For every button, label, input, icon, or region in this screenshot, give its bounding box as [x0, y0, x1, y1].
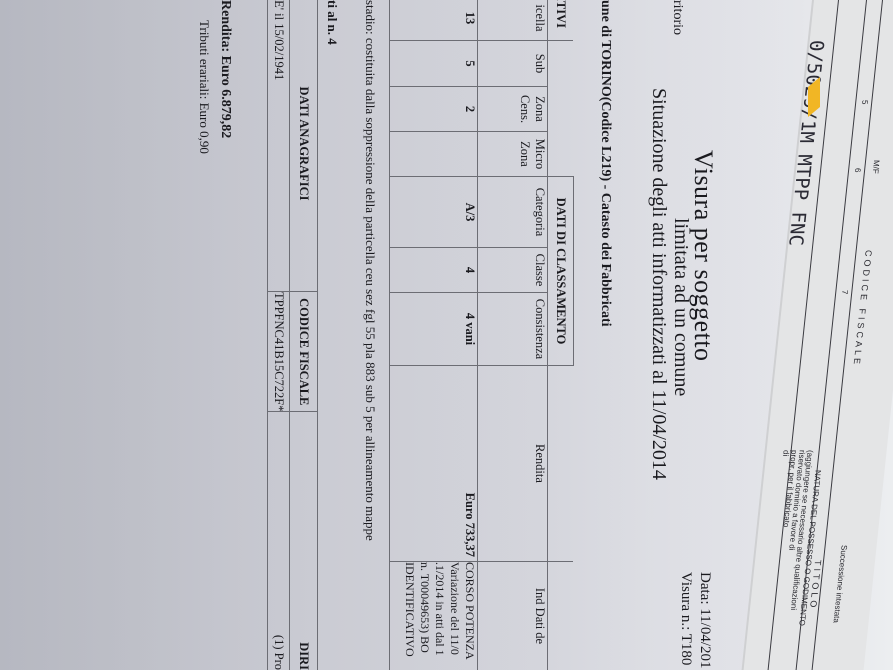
total-rendita: Rendita: Euro 6.879,82	[217, 0, 233, 138]
col-categoria: Categoria	[478, 177, 548, 248]
document-situation-date: Situazione degli atti informatizzati al …	[647, 88, 670, 480]
col-rendita: Rendita	[478, 366, 548, 562]
indirizzo-cell: CORSO POTENZA Variazione del 11/0 .1/201…	[390, 562, 478, 670]
territorio-label: ritorio	[669, 0, 685, 35]
visura-date: Data: 11/04/201	[696, 572, 713, 669]
col-consistenza: Consistenza	[478, 293, 548, 366]
col-classe: Classe	[478, 248, 548, 293]
col-diritti: DIRI	[290, 412, 318, 670]
intestati-heading: ti al n. 4	[324, 0, 340, 45]
col-dati-anagrafici: DATI ANAGRAFICI	[290, 0, 318, 292]
intestati-table: DATI ANAGRAFICI CODICE FISCALE DIRI IE' …	[267, 0, 318, 670]
group-header: DATI DI CLASSAMENTO	[548, 177, 574, 366]
annotation: stadio: costituita dalla soppressione de…	[362, 0, 378, 541]
visura-document: Visura per soggetto limitata ad un comun…	[0, 0, 810, 670]
col-codice-fiscale: CODICE FISCALE	[290, 292, 318, 412]
col-particella: icella	[478, 0, 548, 41]
successione-label: Successione intestata	[832, 545, 849, 623]
table-row: 13 5 2 A/3 4 4 vani Euro 733,37 CORSO PO…	[390, 0, 478, 670]
classamento-table: ITIVI DATI DI CLASSAMENTO icella Sub Zon…	[389, 0, 574, 670]
section-head: ITIVI	[548, 0, 574, 41]
col-micro-zona: Micro Zona	[478, 132, 548, 177]
document-title: Visura per soggetto	[688, 150, 718, 362]
comune-line: une di TORINO(Codice L219) - Catasto dei…	[597, 0, 613, 327]
col-sub: Sub	[478, 41, 548, 87]
visura-number: Visura n.: T180	[677, 572, 694, 665]
tributi-erariali: Tributi erariali: Euro 0,90	[196, 20, 212, 154]
table-row: IE' il 15/02/1941 TPPFNC41B15C722F* (1) …	[268, 0, 290, 670]
col-indirizzo: Ind Dati de	[478, 562, 548, 670]
document-subtitle: limitata ad un comune	[669, 218, 692, 396]
col-zona-cens: Zona Cens.	[478, 87, 548, 132]
